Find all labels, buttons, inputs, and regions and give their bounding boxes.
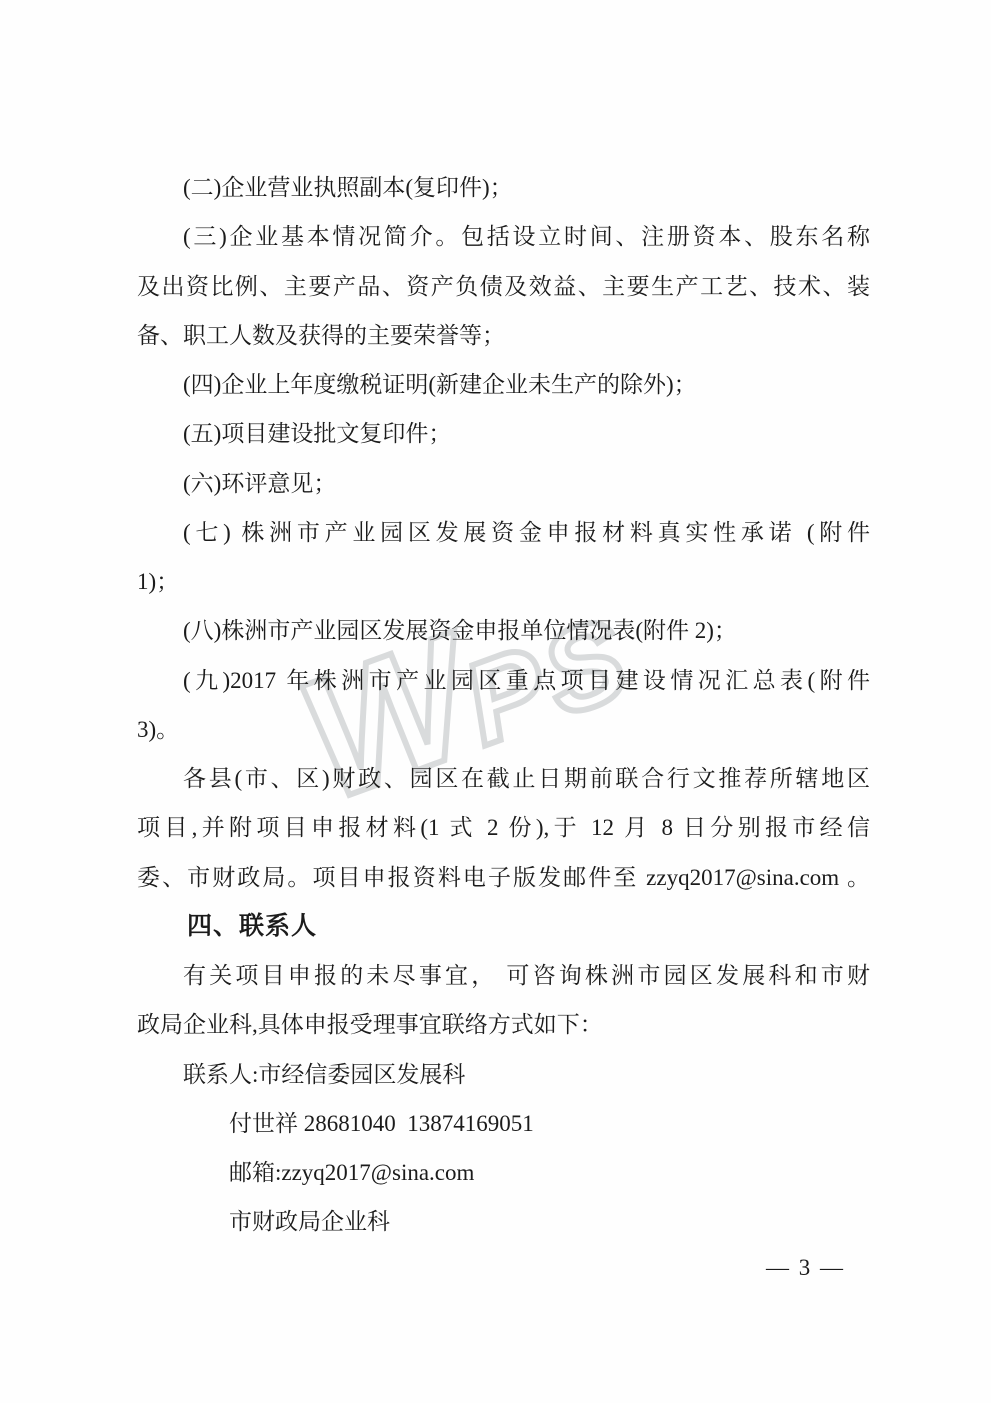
item-san-line3: 备、职工人数及获得的主要荣誉等； — [137, 311, 870, 360]
item-jiu-line1: (九)2017 年株洲市产业园区重点项目建设情况汇总表(附件 — [137, 656, 870, 705]
item-san-line2: 及出资比例、主要产品、资产负债及效益、主要生产工艺、技术、装 — [137, 262, 870, 311]
item-ba: (八)株洲市产业园区发展资金申报单位情况表(附件 2)； — [137, 606, 870, 655]
page-number: — 3 — — [766, 1243, 845, 1292]
section-4-heading: 四、联系人 — [137, 902, 870, 951]
item-qi-line2: 1)； — [137, 557, 870, 606]
contact-dept-line: 市财政局企业科 — [137, 1197, 870, 1246]
para-contact-intro-line2: 政局企业科,具体申报受理事宜联络方式如下： — [137, 1000, 870, 1049]
para-submission-line3: 委、市财政局。项目申报资料电子版发邮件至 zzyq2017@sina.com 。 — [137, 853, 870, 902]
contact-person-line: 联系人:市经信委园区发展科 — [137, 1050, 870, 1099]
item-er: (二)企业营业执照副本(复印件)； — [137, 163, 870, 212]
para-submission-line2: 项目,并附项目申报材料(1 式 2 份),于 12 月 8 日分别报市经信 — [137, 803, 870, 852]
contact-email-line: 邮箱:zzyq2017@sina.com — [137, 1148, 870, 1197]
item-jiu-line2: 3)。 — [137, 705, 870, 754]
item-si: (四)企业上年度缴税证明(新建企业未生产的除外)； — [137, 360, 870, 409]
para-submission-line1: 各县(市、区)财政、园区在截止日期前联合行文推荐所辖地区 — [137, 754, 870, 803]
document-page: WPS (二)企业营业执照副本(复印件)； (三)企业基本情况简介。包括设立时间… — [0, 0, 991, 1403]
contact-phone-line: 付世祥 28681040 13874169051 — [137, 1099, 870, 1148]
item-liu: (六)环评意见； — [137, 459, 870, 508]
document-body: (二)企业营业执照副本(复印件)； (三)企业基本情况简介。包括设立时间、注册资… — [137, 163, 870, 1247]
item-qi-line1: (七) 株洲市产业园区发展资金申报材料真实性承诺 (附件 — [137, 508, 870, 557]
item-san-line1: (三)企业基本情况简介。包括设立时间、注册资本、股东名称 — [137, 212, 870, 261]
para-contact-intro-line1: 有关项目申报的未尽事宜， 可咨询株洲市园区发展科和市财 — [137, 951, 870, 1000]
item-wu: (五)项目建设批文复印件； — [137, 409, 870, 458]
